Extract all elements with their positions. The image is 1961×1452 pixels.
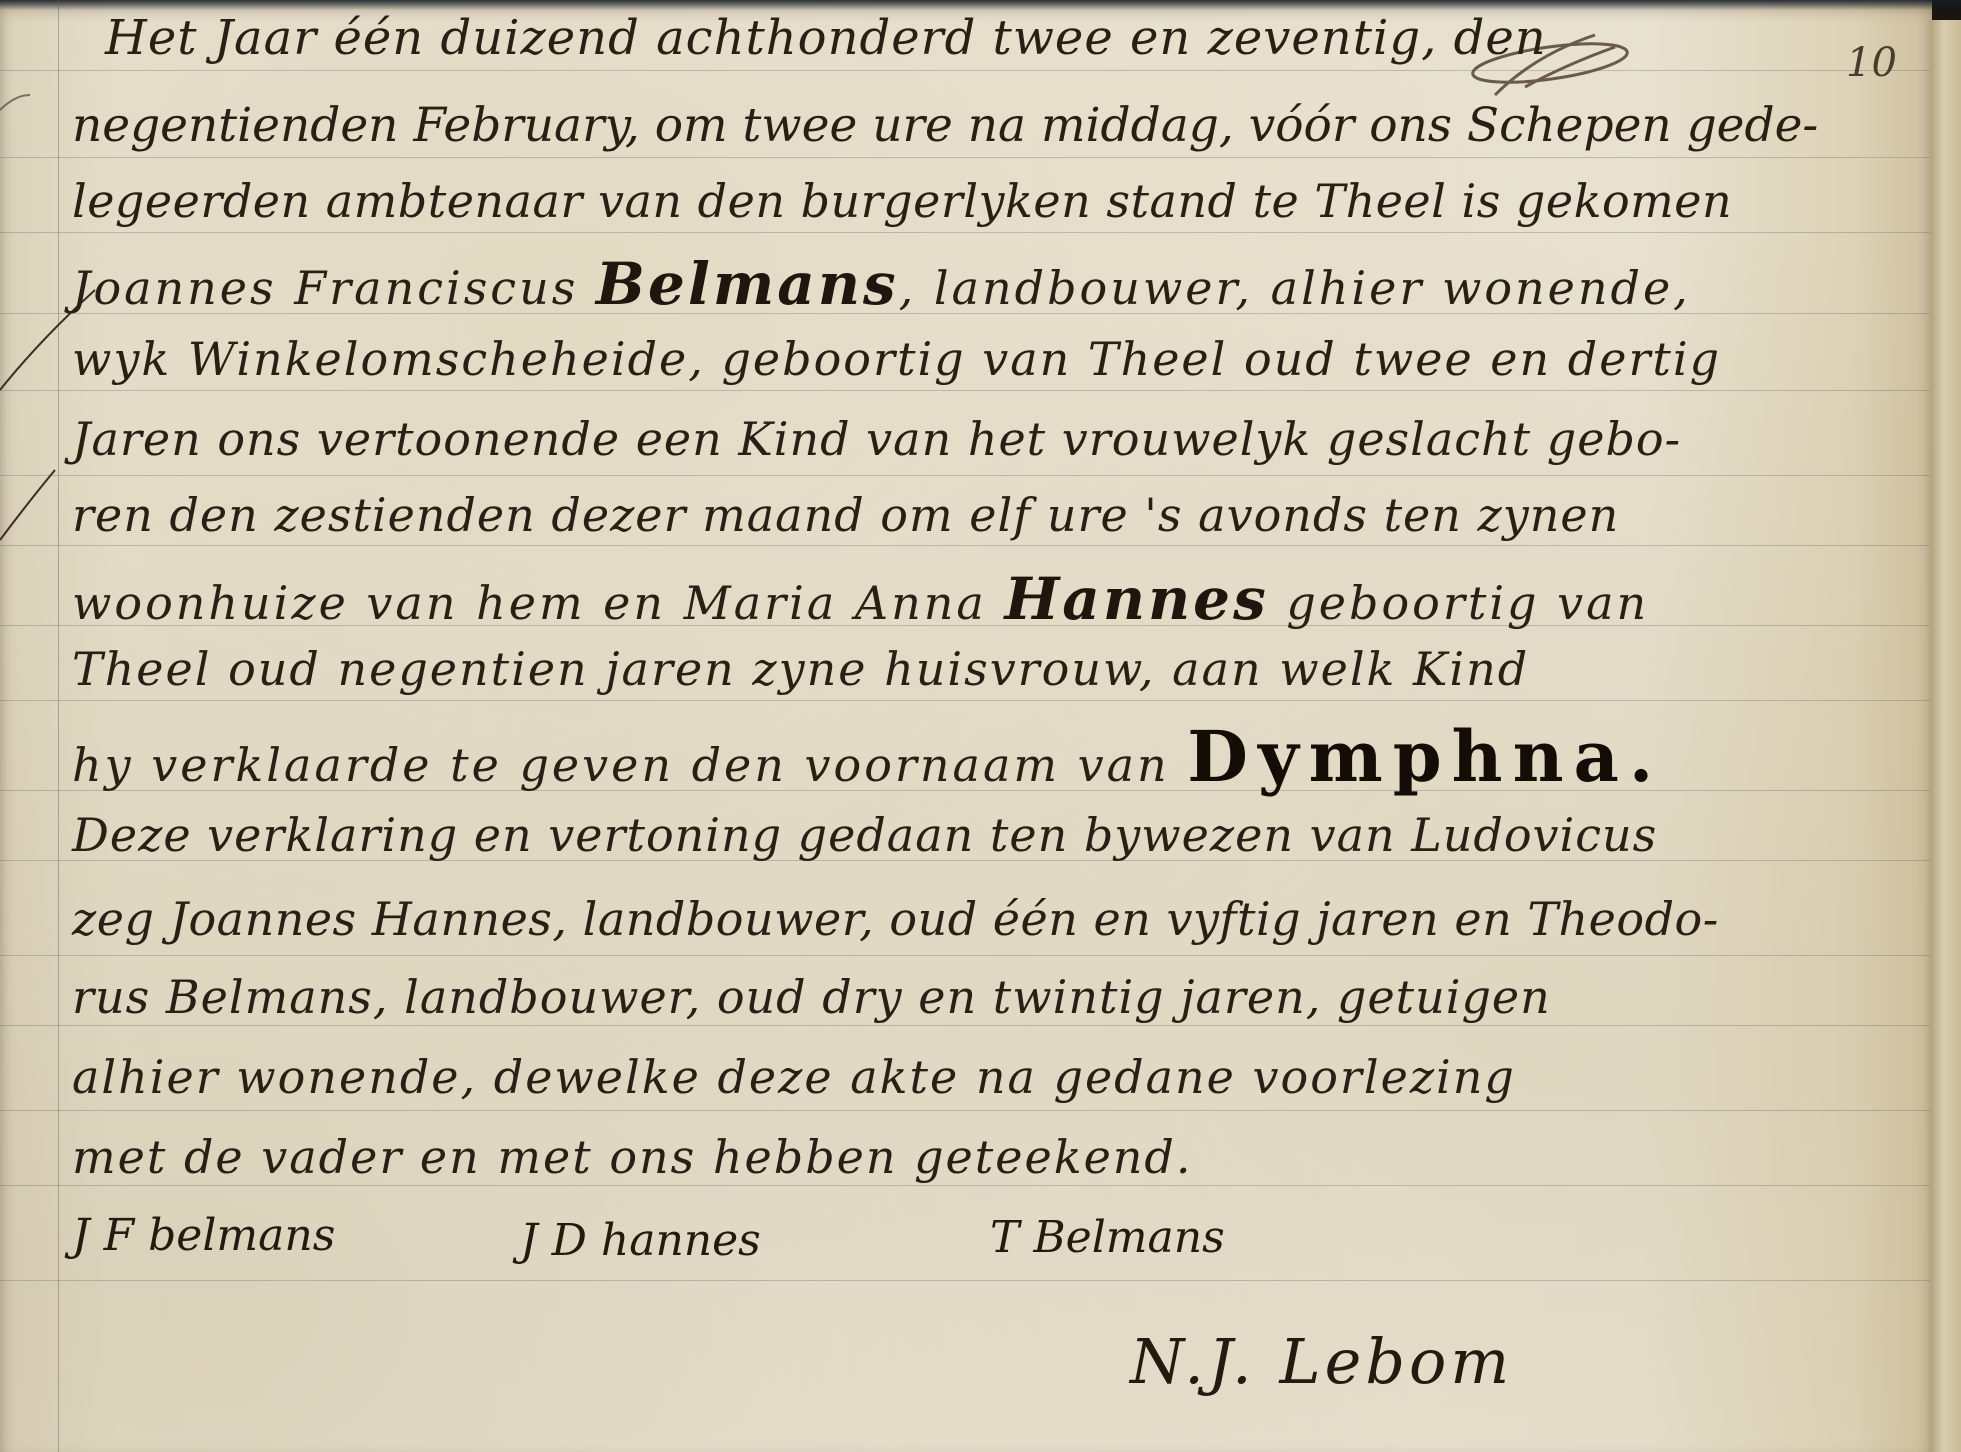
line-end-punctuation: . [1629, 715, 1663, 798]
ruled-line [0, 545, 1930, 546]
record-line-3: legeerden ambtenaar van den burgerlyken … [72, 174, 1732, 228]
ruled-line [0, 955, 1930, 956]
scan-top-shadow [0, 0, 1961, 10]
mother-birthplace-prefix: geboortig van [1269, 576, 1649, 630]
record-line-14: alhier wonende, dewelke deze akte na ged… [72, 1050, 1516, 1104]
ruled-line [0, 1110, 1930, 1111]
signature-witness-1: J D hannes [520, 1215, 761, 1266]
folio-number: 10 [1846, 40, 1897, 86]
declaration-text: hy verklaarde te geven den voornaam van [72, 738, 1170, 792]
record-line-10: hy verklaarde te geven den voornaam van … [72, 715, 1663, 798]
record-line-15: met de vader en met ons hebben geteekend… [72, 1130, 1193, 1184]
record-line-1: Het Jaar één duizend achthonderd twee en… [105, 10, 1547, 66]
record-line-11: Deze verklaring en vertoning gedaan ten … [72, 808, 1657, 862]
register-page: 10 Het Jaar één duizend achthonderd twee… [0, 0, 1932, 1452]
record-line-4: Joannes Franciscus Belmans, landbouwer, … [72, 250, 1691, 318]
signature-witness-2: T Belmans [990, 1212, 1225, 1263]
record-line-9: Theel oud negentien jaren zyne huisvrouw… [72, 642, 1529, 696]
ruled-line [0, 700, 1930, 701]
ruled-line [0, 70, 1930, 71]
page-edge [1932, 20, 1961, 1452]
record-line-8: woonhuize van hem en Maria Anna Hannes g… [72, 565, 1649, 633]
signature-father: J F belmans [72, 1210, 335, 1261]
ruled-line [0, 475, 1930, 476]
ruled-line [0, 1185, 1930, 1186]
record-line-13: rus Belmans, landbouwer, oud dry en twin… [72, 970, 1551, 1024]
record-line-7: ren den zestienden dezer maand om elf ur… [72, 488, 1619, 542]
signature-official: N.J. Lebom [1130, 1325, 1513, 1398]
mother-given-names-prefix: woonhuize van hem en Maria Anna [72, 576, 987, 630]
mother-surname: Hannes [1004, 565, 1268, 633]
father-surname: Belmans [596, 250, 899, 318]
father-occupation-residence: , landbouwer, alhier wonende, [899, 261, 1691, 315]
child-first-name: Dymphna [1187, 715, 1629, 798]
ruled-line [0, 1280, 1930, 1281]
record-line-6: Jaren ons vertoonende een Kind van het v… [72, 412, 1681, 466]
ruled-line [0, 232, 1930, 233]
record-line-12: zeg Joannes Hannes, landbouwer, oud één … [72, 892, 1719, 946]
record-line-2: negentienden February, om twee ure na mi… [72, 98, 1818, 153]
ruled-line [0, 1025, 1930, 1026]
record-line-5: wyk Winkelomscheheide, geboortig van The… [72, 332, 1721, 386]
ruled-line [0, 390, 1930, 391]
ruled-line [0, 157, 1930, 158]
father-given-names: Joannes Franciscus [72, 261, 578, 315]
